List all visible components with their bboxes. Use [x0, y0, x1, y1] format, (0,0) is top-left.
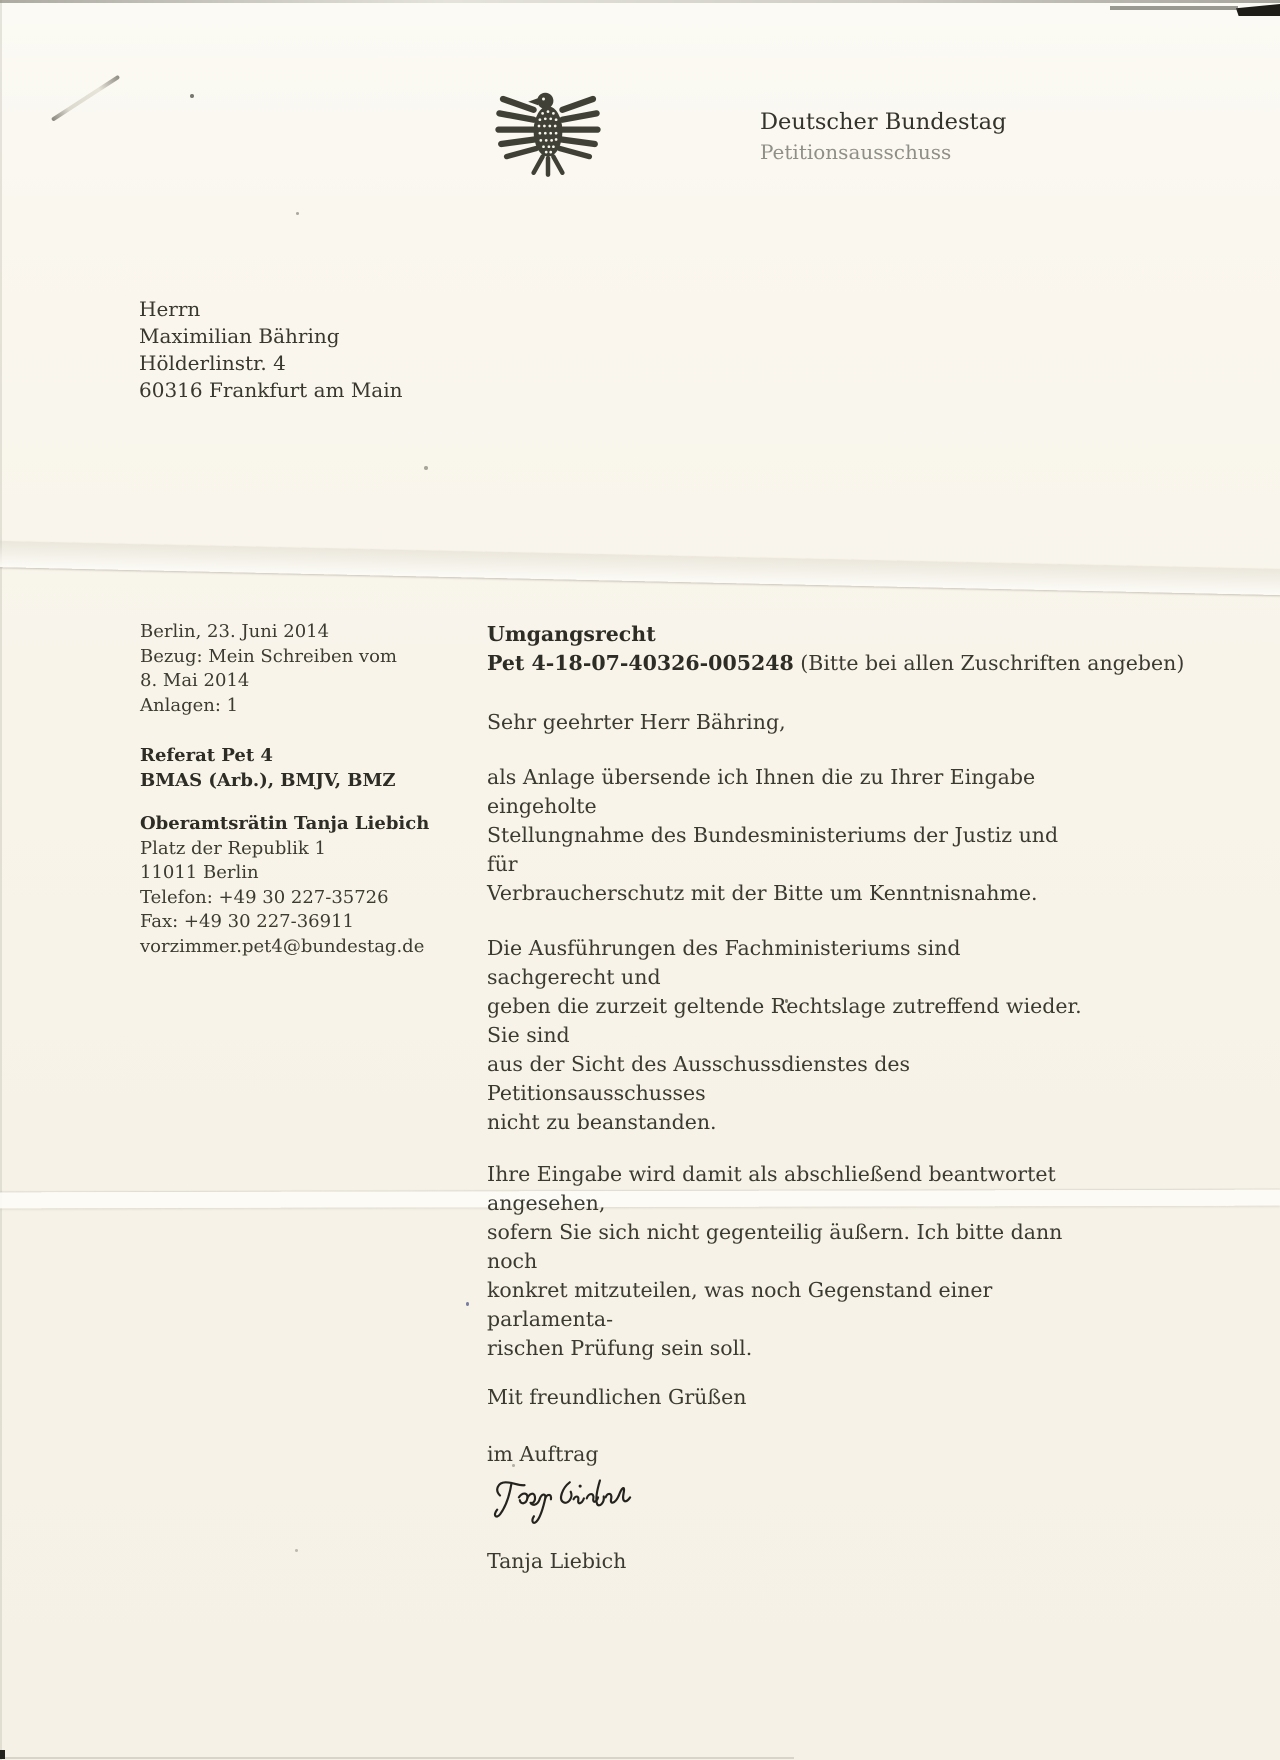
text-line: Fax: +49 30 227-36911: [140, 910, 450, 935]
org-name: Deutscher Bundestag: [760, 108, 1006, 136]
text-line: 8. Mai 2014: [140, 669, 450, 694]
scan-speck: [424, 466, 428, 470]
reference-lines: Bezug: Mein Schreiben vom8. Mai 2014: [140, 645, 450, 694]
text-line: Telefon: +49 30 227-35726: [140, 886, 450, 911]
attachments-line: Anlagen: 1: [140, 694, 450, 719]
text-line: Bezug: Mein Schreiben vom: [140, 645, 450, 670]
text-line: 11011 Berlin: [140, 861, 450, 886]
scan-corner-shadow: [1110, 6, 1238, 10]
text-line: rischen Prüfung sein soll.: [487, 1334, 1087, 1363]
scan-speck: [296, 212, 299, 215]
staple-mark: [51, 75, 120, 122]
text-line: Ihre Eingabe wird damit als abschließend…: [487, 1160, 1087, 1218]
date-line: Berlin, 23. Juni 2014: [140, 620, 450, 645]
text-line: Stellungnahme des Bundesministeriums der…: [487, 821, 1087, 879]
text-line: Maximilian Bähring: [139, 323, 403, 350]
scan-bottom-mark: [0, 1750, 5, 1759]
letter-meta: Berlin, 23. Juni 2014 Bezug: Mein Schrei…: [140, 620, 450, 959]
text-line: Platz der Republik 1: [140, 837, 450, 862]
paragraph-1: als Anlage übersende ich Ihnen die zu Ih…: [487, 763, 1087, 908]
text-line: Die Ausführungen des Fachministeriums si…: [487, 934, 1087, 992]
text-line: Herrn: [139, 296, 403, 323]
contact-lines: Platz der Republik 111011 BerlinTelefon:…: [140, 837, 450, 960]
text-line: aus der Sicht des Ausschussdienstes des …: [487, 1050, 1087, 1108]
org-department: Petitionsausschuss: [760, 140, 1006, 165]
scan-top-edge: [0, 0, 1280, 3]
signer-name: Tanja Liebich: [487, 1547, 1087, 1576]
paragraph-2: Die Ausführungen des Fachministeriums si…: [487, 934, 1087, 1137]
petition-number: Pet 4-18-07-40326-005248: [487, 651, 794, 675]
letterhead: Deutscher Bundestag Petitionsausschuss: [760, 108, 1006, 165]
text-line: BMAS (Arb.), BMJV, BMZ: [140, 769, 450, 794]
scan-speck: [466, 1302, 469, 1306]
recipient-address: HerrnMaximilian BähringHölderlinstr. 460…: [139, 296, 403, 404]
contact-name: Oberamtsrätin Tanja Liebich: [140, 812, 450, 837]
text-line: als Anlage übersende ich Ihnen die zu Ih…: [487, 763, 1087, 821]
text-line: 60316 Frankfurt am Main: [139, 377, 403, 404]
paragraph-3: Ihre Eingabe wird damit als abschließend…: [487, 1160, 1087, 1363]
text-line: Verbraucherschutz mit der Bitte um Kennt…: [487, 879, 1087, 908]
subject-block: Umgangsrecht Pet 4-18-07-40326-005248 (B…: [487, 620, 1087, 678]
scanned-letter-page: Deutscher Bundestag Petitionsausschuss H…: [0, 0, 1280, 1760]
unit-lines: Referat Pet 4BMAS (Arb.), BMJV, BMZ: [140, 744, 450, 793]
petition-note: (Bitte bei allen Zuschriften angeben): [794, 651, 1185, 675]
scan-bottom-edge: [0, 1757, 794, 1759]
scan-left-edge: [0, 0, 2, 1760]
scan-speck: [295, 1549, 298, 1552]
text-line: geben die zurzeit geltende Rechtslage zu…: [487, 992, 1087, 1050]
scan-speck: [190, 94, 194, 98]
text-line: Hölderlinstr. 4: [139, 350, 403, 377]
handwritten-signature-icon: [487, 1471, 1087, 1537]
letter-body: Umgangsrecht Pet 4-18-07-40326-005248 (B…: [487, 620, 1087, 1576]
petition-reference-line: Pet 4-18-07-40326-005248 (Bitte bei alle…: [487, 649, 1087, 678]
text-line: vorzimmer.pet4@bundestag.de: [140, 935, 450, 960]
on-behalf-line: im Auftrag: [487, 1440, 1087, 1469]
closing-formula: Mit freundlichen Grüßen: [487, 1383, 1087, 1412]
scan-corner-mark: [1236, 4, 1280, 16]
bundestag-eagle-logo: [494, 90, 602, 180]
text-line: nicht zu beanstanden.: [487, 1108, 1087, 1137]
paper-fold-crease-upper: [0, 541, 1280, 595]
text-line: konkret mitzuteilen, was noch Gegenstand…: [487, 1276, 1087, 1334]
text-line: sofern Sie sich nicht gegenteilig äußern…: [487, 1218, 1087, 1276]
subject-title: Umgangsrecht: [487, 620, 1087, 649]
salutation: Sehr geehrter Herr Bähring,: [487, 708, 1087, 737]
text-line: Referat Pet 4: [140, 744, 450, 769]
